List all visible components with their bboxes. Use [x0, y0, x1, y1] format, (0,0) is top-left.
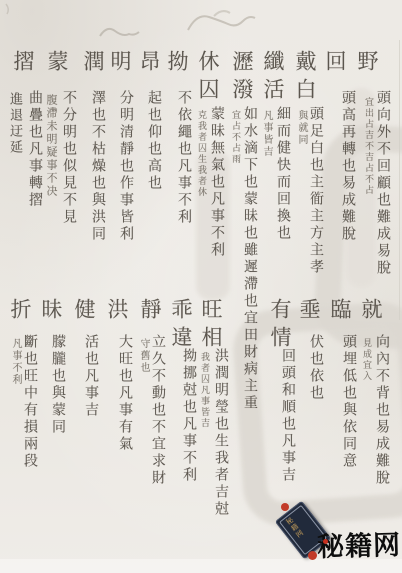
entry-column: 進退迂延 — [8, 92, 21, 156]
entry-annotation: 凡事皆吉 — [261, 110, 271, 158]
entry-header: 靜 — [139, 298, 160, 326]
entry-column: 起也仰也高也 — [147, 90, 161, 192]
entry-column: 頭足白也主衜主方主孝 — [309, 106, 323, 276]
manuscript-page: 野頭向外不回顧也難成易脫宜出占吉不吉占不占回頭高再轉也易成難脫戴白頭足白也主衜主… — [0, 0, 402, 573]
entry-header: 摺 — [12, 50, 33, 78]
entry-column: 如水滴下也蒙昧也雖遲滯也宜田財病主重 — [243, 106, 257, 412]
entry-header: 休囚 — [197, 50, 218, 106]
entry-header: 潤 — [82, 50, 103, 78]
entry-column: 不依繩也凡事不利 — [177, 90, 191, 226]
entry-column: 活也凡事吉 — [84, 334, 98, 419]
entry-column: 細而健快而回換也 — [276, 106, 290, 242]
entry-header: 昧 — [40, 298, 61, 326]
entry-column: 斷也旺中有損兩段 — [23, 334, 37, 470]
entry-header: 拗 — [166, 50, 187, 78]
entry-annotation: 我者囚凡事皆吉 — [199, 352, 208, 429]
seal-dot-icon — [308, 551, 317, 560]
entry-header: 旺相 — [200, 298, 221, 354]
entry-header: 昂 — [138, 50, 159, 78]
entry-header: 明 — [109, 50, 130, 78]
entry-column: 頭向外不回顧也難成易脫 — [376, 90, 390, 277]
entry-header: 纖活 — [262, 50, 283, 106]
red-accent-dot — [323, 539, 328, 544]
entry-header: 瀝潑 — [231, 50, 252, 106]
entry-column: 向內不背也易成難脫 — [375, 334, 389, 487]
text-columns: 野頭向外不回顧也難成易脫宜出占吉不吉占不占回頭高再轉也易成難脫戴白頭足白也主衜主… — [0, 0, 402, 573]
entry-header: 回 — [324, 50, 345, 78]
entry-annotation: 腹滯未明疑事不决 — [46, 94, 57, 198]
entry-annotation: 宜出占吉不吉占不占 — [363, 97, 372, 196]
entry-column: 頭埋低也與依同意 — [342, 334, 356, 470]
entry-column: 洪潤明瑩也生我者吉尅 — [214, 348, 228, 518]
entry-header: 折 — [9, 298, 30, 326]
entry-column: 大旺也凡事有氣 — [118, 334, 132, 453]
entry-annotation: 凡事不利 — [10, 338, 20, 386]
entry-header: 臨 — [329, 298, 350, 326]
watermark-site-name: 秘籍网 — [317, 523, 402, 564]
entry-column: 澤也不枯燥也與洪同 — [91, 90, 105, 243]
entry-header: 蒙 — [46, 50, 67, 78]
entry-column: 朦朧也與蒙同 — [51, 334, 65, 436]
entry-column: 不分明也似見不見 — [62, 90, 76, 226]
entry-header: 就 — [360, 298, 381, 326]
entry-header: 乖違 — [170, 298, 191, 354]
seal-dot-icon — [281, 503, 289, 511]
entry-header: 健 — [73, 298, 94, 326]
entry-header: 野 — [356, 50, 377, 78]
entry-annotation: 與就同 — [296, 110, 306, 146]
entry-annotation: 宜占不占雨 — [230, 110, 239, 165]
entry-column: 拗挪尅也凡事不利 — [182, 348, 196, 484]
entry-column: 立久不動也不宜求財 — [151, 334, 165, 487]
entry-column: 曲疊也凡事轉摺 — [28, 90, 42, 209]
entry-column: 蒙昧無氣也凡事不利 — [210, 106, 224, 259]
entry-annotation: 見成宜入 — [361, 338, 370, 382]
entry-header: 戴白 — [294, 50, 315, 106]
entry-header: 洪 — [106, 298, 127, 326]
entry-header: 埀 — [298, 298, 319, 326]
entry-annotation: 守舊也 — [138, 338, 148, 374]
entry-header: 有情 — [269, 298, 290, 354]
entry-annotation: 克我者囚生我者休 — [196, 110, 205, 198]
entry-column: 伏也依也 — [309, 334, 323, 402]
entry-column: 回頭和順也凡事吉 — [281, 348, 295, 484]
entry-column: 頭高再轉也易成難脫 — [341, 90, 355, 243]
entry-column: 分明清靜也作事皆利 — [119, 90, 133, 243]
